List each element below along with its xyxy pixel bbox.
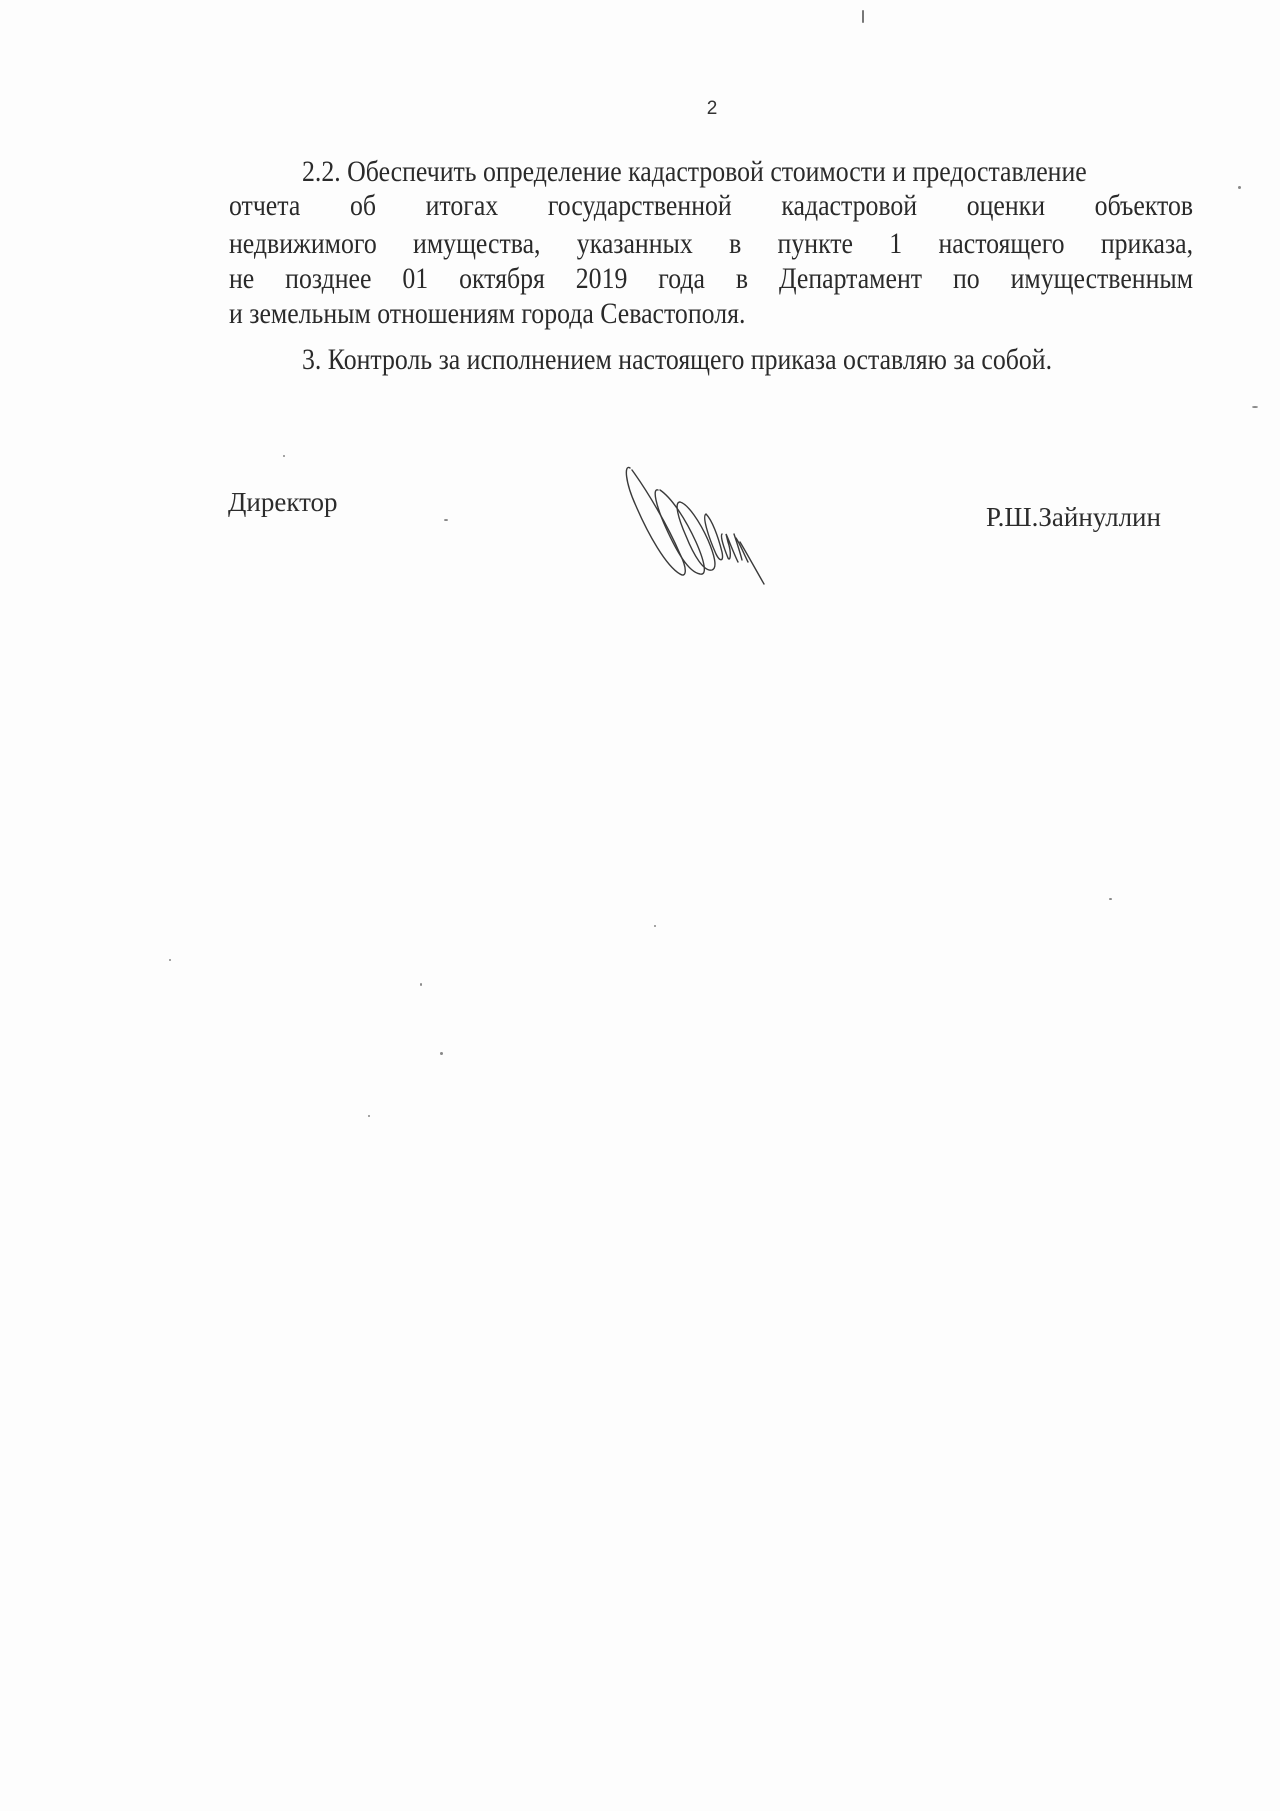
paragraph-line: и земельным отношениям города Севастопол… xyxy=(229,297,745,331)
scan-speck xyxy=(169,959,171,961)
handwritten-signature xyxy=(622,462,767,587)
scan-mark xyxy=(862,10,864,23)
scan-speck xyxy=(654,925,656,927)
signer-position: Директор xyxy=(228,487,338,518)
scan-speck xyxy=(1238,186,1241,189)
scan-speck xyxy=(283,455,285,457)
scan-speck xyxy=(444,519,448,521)
page-number: 2 xyxy=(700,98,724,120)
paragraph-line: недвижимого имущества, указанных в пункт… xyxy=(229,227,1193,261)
scan-speck xyxy=(420,983,422,986)
paragraph-line: не позднее 01 октября 2019 года в Департ… xyxy=(229,262,1193,296)
scan-speck xyxy=(1252,406,1258,408)
scan-speck xyxy=(440,1052,443,1055)
paragraph-line: 3. Контроль за исполнением настоящего пр… xyxy=(302,343,1052,377)
signer-name: Р.Ш.Зайнуллин xyxy=(986,502,1161,533)
paragraph-line: 2.2. Обеспечить определение кадастровой … xyxy=(302,155,1087,189)
paragraph-line: отчета об итогах государственной кадастр… xyxy=(229,189,1193,223)
scan-speck xyxy=(1109,898,1112,900)
scan-speck xyxy=(368,1115,370,1117)
